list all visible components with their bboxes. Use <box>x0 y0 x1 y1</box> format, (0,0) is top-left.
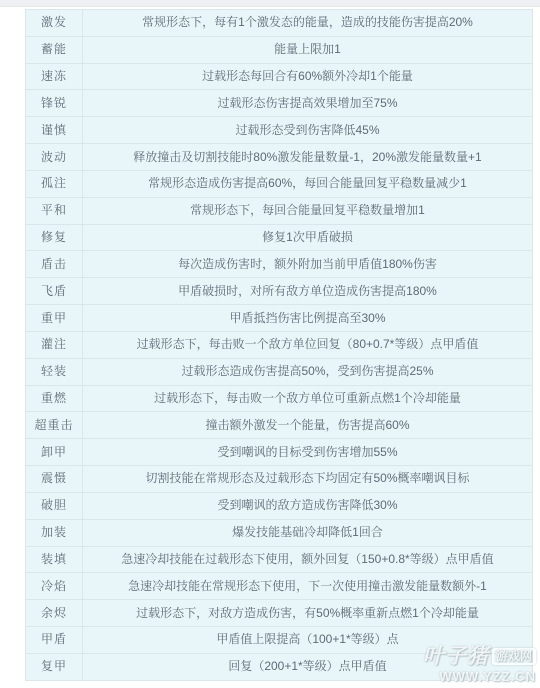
table-row: 蓄能能量上限加1 <box>26 36 533 63</box>
skill-description: 过载形态下，对敌方造成伤害，有50%概率重新点燃1个冷却能量 <box>83 600 533 627</box>
table-row: 重燃过载形态下，每击败一个敌方单位可重新点燃1个冷却能量 <box>26 385 533 412</box>
skill-description: 甲盾破损时，对所有敌方单位造成伤害提高180% <box>83 278 533 305</box>
skill-description: 切割技能在常规形态及过载形态下均固定有50%概率嘲讽目标 <box>83 466 533 493</box>
skill-name: 盾击 <box>26 251 83 278</box>
skill-description: 过载形态伤害提高效果增加至75% <box>83 90 533 117</box>
top-strip <box>0 0 540 7</box>
table-row: 激发常规形态下，每有1个激发态的能量，造成的技能伤害提高20% <box>26 10 533 37</box>
skill-description: 修复1次甲盾破损 <box>83 224 533 251</box>
skill-name: 蓄能 <box>26 36 83 63</box>
table-row: 锋锐过载形态伤害提高效果增加至75% <box>26 90 533 117</box>
skill-name: 超重击 <box>26 412 83 439</box>
skill-description: 常规形态下，每有1个激发态的能量，造成的技能伤害提高20% <box>83 10 533 37</box>
skill-description: 过载形态造成伤害提高50%，受到伤害提高25% <box>83 358 533 385</box>
table-row: 冷焰急速冷却技能在常规形态下使用，下一次使用撞击激发能量数额外-1 <box>26 573 533 600</box>
table-row: 重甲甲盾抵挡伤害比例提高至30% <box>26 305 533 332</box>
skill-description: 释放撞击及切割技能时80%激发能量数量-1，20%激发能量数量+1 <box>83 144 533 171</box>
table-row: 盾击每次造成伤害时，额外附加当前甲盾值180%伤害 <box>26 251 533 278</box>
skill-name: 飞盾 <box>26 278 83 305</box>
skill-name: 装填 <box>26 546 83 573</box>
skill-description: 受到嘲讽的目标受到伤害增加55% <box>83 439 533 466</box>
skill-description: 撞击额外激发一个能量，伤害提高60% <box>83 412 533 439</box>
skill-name: 加装 <box>26 519 83 546</box>
table-row: 卸甲受到嘲讽的目标受到伤害增加55% <box>26 439 533 466</box>
skill-description: 过载形态下，每击败一个敌方单位回复（80+0.7*等级）点甲盾值 <box>83 331 533 358</box>
skill-name: 余烬 <box>26 600 83 627</box>
skill-description: 急速冷却技能在常规形态下使用，下一次使用撞击激发能量数额外-1 <box>83 573 533 600</box>
skill-name: 激发 <box>26 10 83 37</box>
skill-description: 每次造成伤害时，额外附加当前甲盾值180%伤害 <box>83 251 533 278</box>
skill-name: 重甲 <box>26 305 83 332</box>
skill-name: 平和 <box>26 197 83 224</box>
skill-description: 常规形态下，每回合能量回复平稳数量增加1 <box>83 197 533 224</box>
skill-name: 复甲 <box>26 653 83 680</box>
table-row: 装填急速冷却技能在过载形态下使用，额外回复（150+0.8*等级）点甲盾值 <box>26 546 533 573</box>
skill-name: 灌注 <box>26 331 83 358</box>
table-row: 谨慎过载形态受到伤害降低45% <box>26 117 533 144</box>
table-row: 复甲回复（200+1*等级）点甲盾值 <box>26 653 533 680</box>
skill-description: 爆发技能基础冷却降低1回合 <box>83 519 533 546</box>
table-row: 甲盾甲盾值上限提高（100+1*等级）点 <box>26 627 533 654</box>
skill-name: 速冻 <box>26 63 83 90</box>
skill-description: 急速冷却技能在过载形态下使用，额外回复（150+0.8*等级）点甲盾值 <box>83 546 533 573</box>
table-row: 超重击撞击额外激发一个能量，伤害提高60% <box>26 412 533 439</box>
skill-name: 震慑 <box>26 466 83 493</box>
table-row: 波动释放撞击及切割技能时80%激发能量数量-1，20%激发能量数量+1 <box>26 144 533 171</box>
table-row: 速冻过载形态每回合有60%额外冷却1个能量 <box>26 63 533 90</box>
skill-name: 波动 <box>26 144 83 171</box>
skill-name: 破胆 <box>26 492 83 519</box>
skill-name: 甲盾 <box>26 627 83 654</box>
skill-name: 锋锐 <box>26 90 83 117</box>
skill-description: 甲盾值上限提高（100+1*等级）点 <box>83 627 533 654</box>
skill-name: 轻装 <box>26 358 83 385</box>
skill-name: 谨慎 <box>26 117 83 144</box>
skill-description: 过载形态下，每击败一个敌方单位可重新点燃1个冷却能量 <box>83 385 533 412</box>
skill-name: 冷焰 <box>26 573 83 600</box>
skill-description: 过载形态每回合有60%额外冷却1个能量 <box>83 63 533 90</box>
skill-description: 受到嘲讽的敌方造成伤害降低30% <box>83 492 533 519</box>
table-row: 灌注过载形态下，每击败一个敌方单位回复（80+0.7*等级）点甲盾值 <box>26 331 533 358</box>
skill-description: 回复（200+1*等级）点甲盾值 <box>83 653 533 680</box>
table-row: 修复修复1次甲盾破损 <box>26 224 533 251</box>
skill-table: 激发常规形态下，每有1个激发态的能量，造成的技能伤害提高20%蓄能能量上限加1速… <box>25 9 533 681</box>
skill-description: 过载形态受到伤害降低45% <box>83 117 533 144</box>
table-row: 加装爆发技能基础冷却降低1回合 <box>26 519 533 546</box>
table-row: 孤注常规形态造成伤害提高60%，每回合能量回复平稳数量减少1 <box>26 170 533 197</box>
skill-description: 常规形态造成伤害提高60%，每回合能量回复平稳数量减少1 <box>83 170 533 197</box>
skill-description: 甲盾抵挡伤害比例提高至30% <box>83 305 533 332</box>
table-row: 震慑切割技能在常规形态及过载形态下均固定有50%概率嘲讽目标 <box>26 466 533 493</box>
skill-name: 修复 <box>26 224 83 251</box>
table-row: 飞盾甲盾破损时，对所有敌方单位造成伤害提高180% <box>26 278 533 305</box>
skill-name: 孤注 <box>26 170 83 197</box>
skill-table-body: 激发常规形态下，每有1个激发态的能量，造成的技能伤害提高20%蓄能能量上限加1速… <box>26 10 533 681</box>
table-row: 轻装过载形态造成伤害提高50%，受到伤害提高25% <box>26 358 533 385</box>
skill-name: 卸甲 <box>26 439 83 466</box>
table-row: 余烬过载形态下，对敌方造成伤害，有50%概率重新点燃1个冷却能量 <box>26 600 533 627</box>
skill-name: 重燃 <box>26 385 83 412</box>
table-row: 破胆受到嘲讽的敌方造成伤害降低30% <box>26 492 533 519</box>
table-row: 平和常规形态下，每回合能量回复平稳数量增加1 <box>26 197 533 224</box>
skill-description: 能量上限加1 <box>83 36 533 63</box>
